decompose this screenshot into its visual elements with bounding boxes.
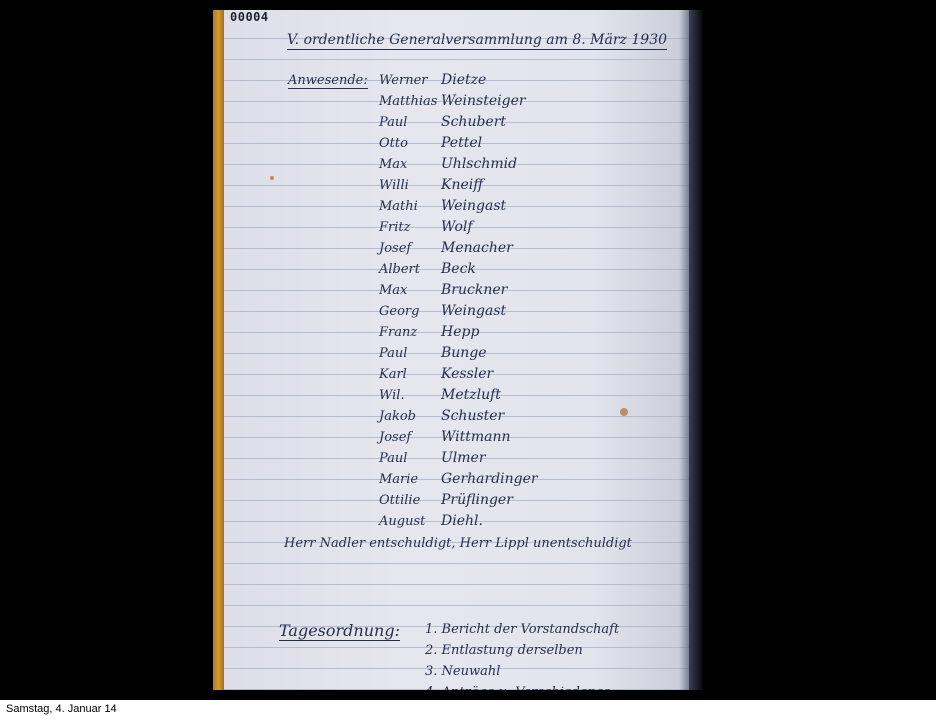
attendee-last-name: Schubert	[441, 114, 506, 130]
attendee-first-name: Ottilie	[379, 493, 441, 508]
excused-note: Herr Nadler entschuldigt, Herr Lippl une…	[284, 536, 632, 551]
attendee-last-name: Kneiff	[441, 177, 483, 193]
agenda-item: 3. Neuwahl	[425, 664, 500, 679]
attendee-first-name: Paul	[379, 346, 441, 361]
attendees-label: Anwesende:	[288, 73, 368, 89]
attendee-first-name: Jakob	[379, 409, 441, 424]
page-shadow	[679, 10, 689, 690]
attendee-first-name: Max	[379, 283, 441, 298]
attendee-first-name: Marie	[379, 472, 441, 487]
attendee-last-name: Menacher	[441, 240, 513, 256]
agenda-item: 4. Anträge u. Verschiedenes	[425, 685, 610, 690]
attendee-last-name: Prüflinger	[441, 492, 513, 508]
attendee-last-name: Wittmann	[441, 429, 511, 445]
attendee-last-name: Beck	[441, 261, 476, 277]
agenda-item: 1. Bericht der Vorstandschaft	[425, 622, 619, 637]
attendee-last-name: Schuster	[441, 408, 504, 424]
slide: 00004 V. ordentliche Generalversammlung …	[0, 0, 936, 700]
page-binding-edge	[213, 10, 224, 690]
slide-footer: Samstag, 4. Januar 14	[0, 700, 936, 720]
attendee-first-name: Max	[379, 157, 441, 172]
attendee-last-name: Pettel	[441, 135, 482, 151]
attendee-first-name: Paul	[379, 451, 441, 466]
attendee-last-name: Dietze	[441, 72, 486, 88]
agenda-label: Tagesordnung:	[279, 621, 400, 641]
page-number: 00004	[230, 10, 269, 24]
attendee-last-name: Bunge	[441, 345, 487, 361]
attendee-first-name: Mathi	[379, 199, 441, 214]
attendee-first-name: Karl	[379, 367, 441, 382]
stain-spot	[270, 176, 274, 180]
attendee-last-name: Ulmer	[441, 450, 486, 466]
attendee-first-name: Willi	[379, 178, 441, 193]
attendee-last-name: Weinsteiger	[441, 93, 526, 109]
ledger-page: 00004 V. ordentliche Generalversammlung …	[213, 10, 689, 690]
attendee-first-name: Josef	[379, 241, 441, 256]
attendee-first-name: Paul	[379, 115, 441, 130]
attendee-last-name: Weingast	[441, 198, 506, 214]
footer-date: Samstag, 4. Januar 14	[6, 703, 117, 715]
attendee-last-name: Gerhardinger	[441, 471, 538, 487]
attendee-first-name: Josef	[379, 430, 441, 445]
attendee-last-name: Bruckner	[441, 282, 507, 298]
agenda-item: 2. Entlastung derselben	[425, 643, 583, 658]
attendee-first-name: Wil.	[379, 388, 441, 403]
attendee-last-name: Metzluft	[441, 387, 501, 403]
book-spine-shadow	[689, 10, 703, 690]
attendee-first-name: Otto	[379, 136, 441, 151]
document-title: V. ordentliche Generalversammlung am 8. …	[287, 32, 667, 50]
attendee-last-name: Kessler	[441, 366, 493, 382]
attendee-last-name: Hepp	[441, 324, 479, 340]
attendee-first-name: Matthias	[379, 94, 441, 109]
attendee-first-name: Albert	[379, 262, 441, 277]
attendee-last-name: Weingast	[441, 303, 506, 319]
stain-spot	[620, 408, 628, 416]
attendee-last-name: Wolf	[441, 219, 473, 235]
attendee-first-name: Werner	[379, 73, 441, 88]
attendee-first-name: August	[379, 514, 441, 529]
attendee-first-name: Fritz	[379, 220, 441, 235]
attendee-last-name: Diehl.	[441, 513, 483, 529]
attendee-last-name: Uhlschmid	[441, 156, 517, 172]
attendee-first-name: Franz	[379, 325, 441, 340]
attendee-first-name: Georg	[379, 304, 441, 319]
